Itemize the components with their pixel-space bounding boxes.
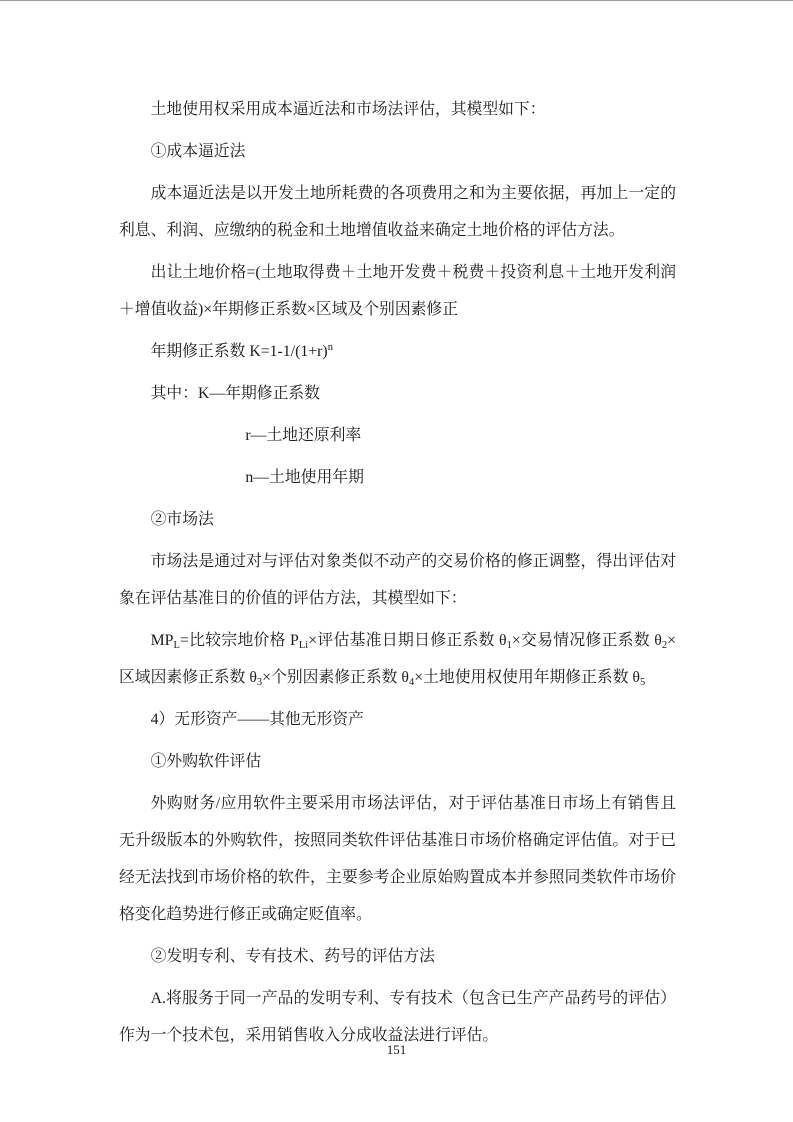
page-footer: 151	[0, 1042, 793, 1058]
paragraph: 年期修正系数 K=1-1/(1+r)n	[119, 333, 676, 370]
paragraph: 其中：K—年期修正系数	[119, 375, 676, 412]
paragraph: 4）无形资产——其他无形资产	[119, 701, 676, 738]
paragraph: 外购财务/应用软件主要采用市场法评估，对于评估基准日市场上有销售且无升级版本的外…	[119, 785, 676, 933]
subscript: 3	[257, 677, 262, 688]
paragraph: r—土地还原利率	[119, 417, 676, 454]
paragraph: 出让土地价格=(土地取得费＋土地开发费＋税费＋投资利息＋土地开发利润＋增值收益)…	[119, 254, 676, 328]
document-body: 土地使用权采用成本逼近法和市场法评估，其模型如下：①成本逼近法成本逼近法是以开发…	[119, 91, 676, 1059]
subscript: 1	[507, 640, 512, 651]
paragraph: ②发明专利、专有技术、药号的评估方法	[119, 938, 676, 975]
page-number: 151	[387, 1042, 407, 1057]
paragraph: 成本逼近法是以开发土地所耗费的各项费用之和为主要依据，再加上一定的利息、利润、应…	[119, 175, 676, 249]
document-page: 土地使用权采用成本逼近法和市场法评估，其模型如下：①成本逼近法成本逼近法是以开发…	[0, 0, 793, 1122]
paragraph: MPL=比较宗地价格 PLi×评估基准日期日修正系数 θ1×交易情况修正系数 θ…	[119, 622, 676, 696]
paragraph: ①成本逼近法	[119, 133, 676, 170]
subscript: 2	[662, 640, 667, 651]
subscript: 4	[409, 677, 414, 688]
subscript: Li	[299, 640, 308, 651]
subscript: 5	[640, 677, 645, 688]
paragraph: ②市场法	[119, 501, 676, 538]
paragraph: n—土地使用年期	[119, 459, 676, 496]
superscript: n	[328, 342, 333, 353]
paragraph: ①外购软件评估	[119, 743, 676, 780]
paragraph: 土地使用权采用成本逼近法和市场法评估，其模型如下：	[119, 91, 676, 128]
subscript: L	[173, 640, 179, 651]
paragraph: 市场法是通过对与评估对象类似不动产的交易价格的修正调整，得出评估对象在评估基准日…	[119, 543, 676, 617]
